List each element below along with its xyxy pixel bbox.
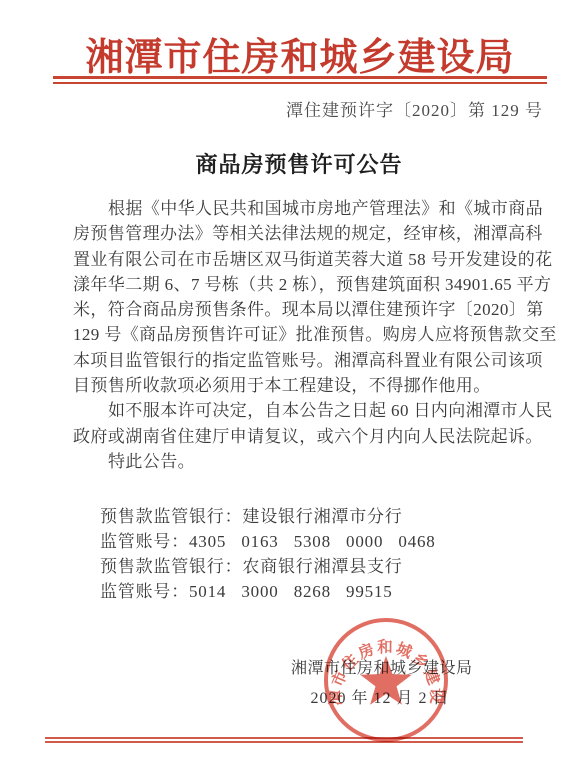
bank-account-line: 监管账号：5014 3000 8268 99515 — [100, 579, 436, 604]
letterhead-agency-title: 湘潭市住房和城乡建设局 — [53, 26, 547, 81]
announcement-body: 根据《中华人民共和国城市房地产管理法》和《城市商品 房预售管理办法》等相关法律法… — [73, 196, 529, 474]
body-line: 政府或湖南省住建厅申请复议，或六个月内向人民法院起诉。 — [73, 424, 529, 449]
body-line: 置业有限公司在市岳塘区双马街道芙蓉大道 58 号开发建设的花 — [73, 247, 529, 272]
letterhead-double-rule — [53, 76, 547, 84]
body-line: 129 号《商品房预售许可证》批准预售。购房人应将预售款交至 — [73, 322, 529, 347]
body-line: 根据《中华人民共和国城市房地产管理法》和《城市商品 — [73, 196, 529, 221]
body-line: 漾年华二期 6、7 号栋（共 2 栋），预售建筑面积 34901.65 平方 — [73, 272, 529, 297]
body-line: 米，符合商品房预售条件。现本局以潭住建预许字〔2020〕第 — [73, 297, 529, 322]
bank-account-line: 监管账号：4305 0163 5308 0000 0468 — [100, 529, 436, 554]
announcement-title: 商品房预售许可公告 — [73, 148, 525, 179]
bank-name-line: 预售款监管银行：农商银行湘潭县支行 — [100, 554, 436, 579]
body-line: 房预售管理办法》等相关法律法规的规定，经审核，湘潭高科 — [73, 221, 529, 246]
seal-star-icon — [360, 656, 411, 705]
body-line: 目预售所收款项必须用于本工程建设，不得挪作他用。 — [73, 373, 529, 398]
document-reference-number: 潭住建预许字〔2020〕第 129 号 — [286, 96, 543, 121]
supervision-bank-info: 预售款监管银行：建设银行湘潭市分行 监管账号：4305 0163 5308 00… — [100, 504, 436, 604]
body-line: 本项目监管银行的指定监管账号。湘潭高科置业有限公司该项 — [73, 348, 529, 373]
document-page: 湘潭市住房和城乡建设局 潭住建预许字〔2020〕第 129 号 商品房预售许可公… — [0, 0, 571, 782]
body-line: 如不服本许可决定，自本公告之日起 60 日内向湘潭市人民 — [73, 398, 529, 423]
closing-line: 特此公告。 — [73, 449, 529, 474]
bank-name-line: 预售款监管银行：建设银行湘潭市分行 — [100, 504, 436, 529]
official-seal: 湘潭市住房和城乡建设局 — [320, 614, 452, 746]
